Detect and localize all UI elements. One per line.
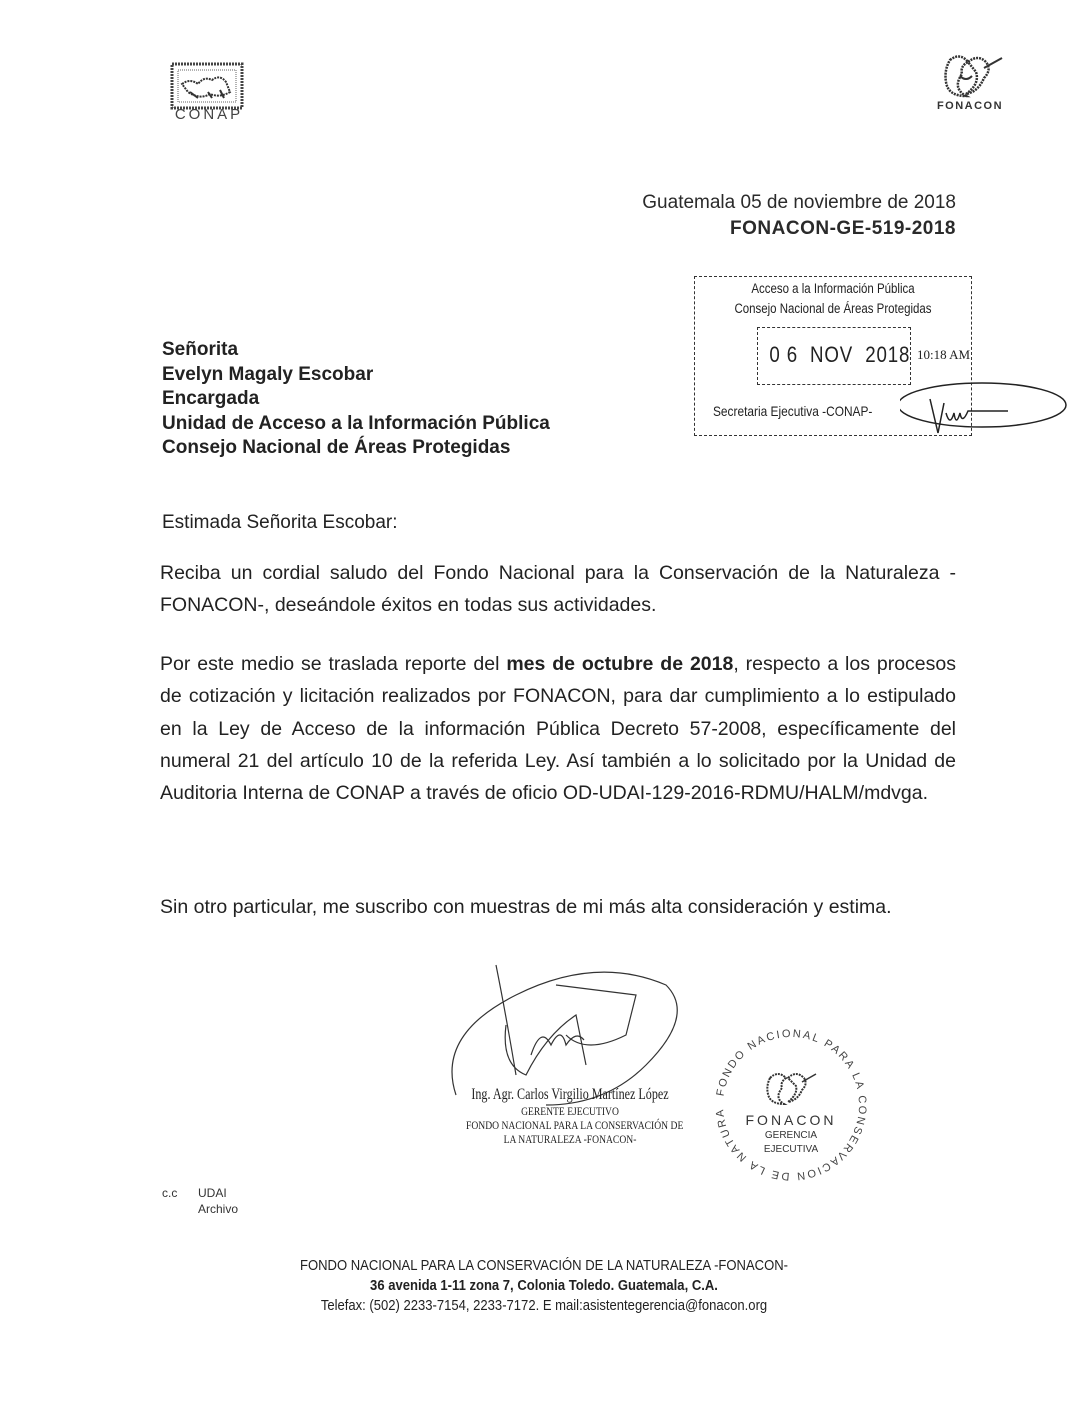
footer-contact: Telefax: (502) 2233-7154, 2233-7172. E m… <box>54 1296 1033 1316</box>
conap-logo: CONAP <box>168 62 246 126</box>
stamp-date-box: 0 6 NOV 2018 <box>757 327 911 385</box>
stamp-date: 0 6 NOV 2018 <box>769 342 898 368</box>
letterhead-footer: FONDO NACIONAL PARA LA CONSERVACIÓN DE L… <box>0 1256 1088 1316</box>
place-date: Guatemala 05 de noviembre de 2018 <box>642 190 956 216</box>
fonacon-logo-text: FONACON <box>930 100 1010 112</box>
reception-stamp: Acceso a la Información Pública Consejo … <box>694 276 972 436</box>
footer-address: 36 avenida 1-11 zona 7, Colonia Toledo. … <box>54 1276 1033 1296</box>
conap-logo-text: CONAP <box>174 106 244 123</box>
signer-org-line2: LA NATURALEZA -FONACON- <box>466 1132 674 1146</box>
recipient-block: Señorita Evelyn Magaly Escobar Encargada… <box>162 338 550 461</box>
signer-block: Ing. Agr. Carlos Virgilio Martínez López… <box>440 1086 700 1146</box>
seal-center-name: FONACON <box>706 1112 876 1128</box>
date-block: Guatemala 05 de noviembre de 2018 FONACO… <box>642 190 956 242</box>
footer-organization: FONDO NACIONAL PARA LA CONSERVACIÓN DE L… <box>54 1256 1033 1276</box>
signer-title: GERENTE EJECUTIVO <box>466 1104 674 1118</box>
stamp-line2: Consejo Nacional de Áreas Protegidas <box>716 301 951 316</box>
cc-label: c.c <box>162 1185 198 1201</box>
recipient-organization: Consejo Nacional de Áreas Protegidas <box>162 436 550 461</box>
greeting: Estimada Señorita Escobar: <box>162 512 398 534</box>
report-period: mes de octubre de 2018 <box>506 653 733 675</box>
paragraph-report: Por este medio se traslada reporte del m… <box>160 648 956 809</box>
recipient-name: Evelyn Magaly Escobar <box>162 363 550 388</box>
paragraph-greeting: Reciba un cordial saludo del Fondo Nacio… <box>160 557 956 622</box>
recipient-position: Encargada <box>162 387 550 412</box>
fonacon-logo: FONACON <box>930 50 1010 116</box>
signer-org-line1: FONDO NACIONAL PARA LA CONSERVACIÓN DE <box>466 1118 674 1132</box>
seal-center-line1: GERENCIA <box>706 1130 876 1141</box>
paragraph-report-intro: Por este medio se traslada reporte del <box>160 653 506 675</box>
recipient-unit: Unidad de Acceso a la Información Públic… <box>162 412 550 437</box>
svg-text:FONDO NACIONAL PARA LA CONSERV: FONDO NACIONAL PARA LA CONSERVACION DE L… <box>706 1020 868 1182</box>
quetzal-icon <box>930 50 1010 100</box>
cc-block: c.cUDAI Archivo <box>162 1185 238 1217</box>
stamp-signature-icon <box>900 377 1070 437</box>
signer-name: Ing. Agr. Carlos Virgilio Martínez López <box>469 1086 672 1104</box>
reference-number: FONACON-GE-519-2018 <box>642 216 956 242</box>
paragraph-closing: Sin otro particular, me suscribo con mue… <box>160 894 956 920</box>
official-seal: FONDO NACIONAL PARA LA CONSERVACION DE L… <box>706 1020 876 1190</box>
seal-ring-text: FONDO NACIONAL PARA LA CONSERVACION DE L… <box>706 1020 868 1182</box>
stamp-office: Secretaria Ejecutiva -CONAP- <box>713 403 872 419</box>
stamp-time: 10:18 AM <box>917 347 970 363</box>
cc-item: Archivo <box>162 1201 238 1217</box>
cc-item: UDAI <box>198 1186 227 1200</box>
stamp-line1: Acceso a la Información Pública <box>716 281 951 296</box>
recipient-salutation-title: Señorita <box>162 338 550 363</box>
seal-icon: FONDO NACIONAL PARA LA CONSERVACION DE L… <box>706 1020 876 1190</box>
paragraph-report-rest: , respecto a los procesos de cotización … <box>160 653 956 804</box>
seal-center-line2: EJECUTIVA <box>706 1144 876 1155</box>
